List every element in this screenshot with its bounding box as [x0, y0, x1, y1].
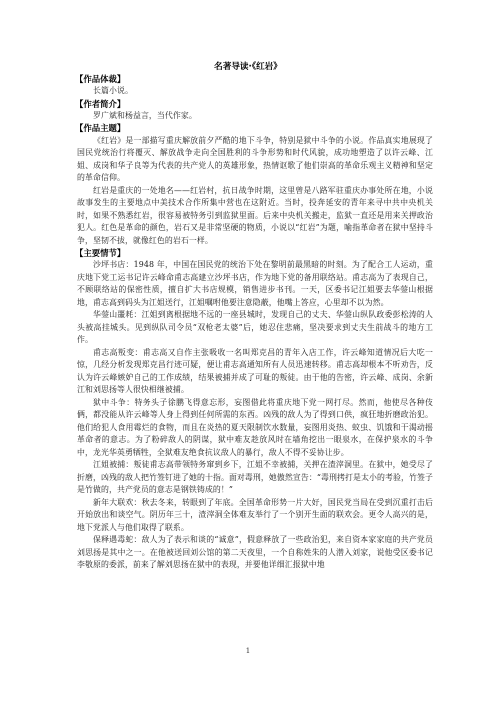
- paragraph: 新年大联欢：秋去冬来，转眼到了年底。全国革命形势一片大好，国民党当局在受到沉重打…: [77, 497, 433, 535]
- section-heading: 【作品主题】: [75, 122, 433, 134]
- document-body: 【作品体裁】 长篇小说。 【作者简介】 罗广斌和杨益言，当代作家。 【作品主题】…: [77, 73, 433, 572]
- paragraph: 长篇小说。: [77, 85, 433, 98]
- paragraph: 保释遇毒蛇：敌人为了表示和谈的“诚意”，假意释放了一些政治犯，来自资本家家庭的共…: [77, 534, 433, 572]
- paragraph: 江姐被捕：叛徒甫志高带领特务窜到乡下，江姐不幸被捕，关押在渣滓洞里。在狱中，她受…: [77, 459, 433, 497]
- document-title: 名著导读·《红岩》: [0, 61, 496, 73]
- section-author: 【作者简介】 罗广斌和杨益言，当代作家。: [77, 98, 433, 123]
- paragraph: 沙坪书店：1948 年，中国在国民党的统治下处在黎明前最黑暗的时刻。为了配合工人…: [77, 259, 433, 309]
- section-heading: 【主要情节】: [75, 247, 433, 259]
- paragraph: 狱中斗争：特务头子徐鹏飞得意忘形，妄图借此将重庆地下党一网打尽。然而，他使尽各种…: [77, 397, 433, 460]
- section-genre: 【作品体裁】 长篇小说。: [77, 73, 433, 98]
- section-heading: 【作品体裁】: [75, 73, 433, 85]
- section-plot: 【主要情节】 沙坪书店：1948 年，中国在国民党的统治下处在黎明前最黑暗的时刻…: [77, 247, 433, 572]
- paragraph: 《红岩》是一部描写重庆解放前夕严酷的地下斗争，特别是狱中斗争的小说。作品真实地展…: [77, 135, 433, 185]
- page-number: 1: [0, 647, 496, 655]
- document-page: 名著导读·《红岩》 【作品体裁】 长篇小说。 【作者简介】 罗广斌和杨益言，当代…: [0, 0, 496, 702]
- paragraph: 甫志高叛变：甫志高又自作主张吸收一名叫郑克昌的青年入店工作，许云峰知道情况后大吃…: [77, 347, 433, 397]
- paragraph: 华蓥山噩耗：江姐到离根据地不远的一座县城时，发现自己的丈夫、华蓥山纵队政委彭松涛…: [77, 309, 433, 347]
- paragraph: 罗广斌和杨益言，当代作家。: [77, 110, 433, 123]
- section-heading: 【作者简介】: [75, 98, 433, 110]
- section-theme: 【作品主题】 《红岩》是一部描写重庆解放前夕严酷的地下斗争，特别是狱中斗争的小说…: [77, 122, 433, 247]
- paragraph: 红岩是重庆的一处地名——红岩村，抗日战争时期，这里曾是八路军驻重庆办事处所在地，…: [77, 185, 433, 248]
